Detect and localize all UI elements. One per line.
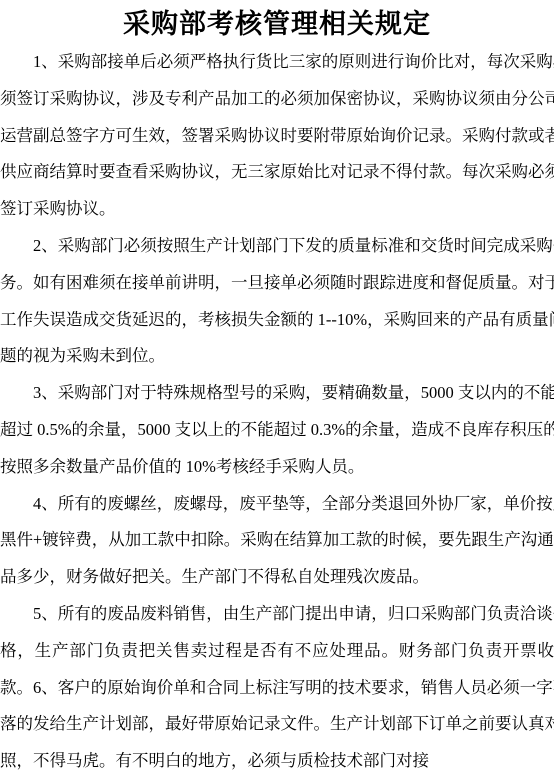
document-page: 采购部考核管理相关规定 1、采购部接单后必须严格执行货比三家的原则进行询价比对，… — [0, 0, 554, 776]
text-line: 6、客户的原始询价单和合同上标注写明的技术要求，销售人员必须一字不 — [0, 670, 554, 707]
document-title: 采购部考核管理相关规定 — [0, 4, 554, 44]
text-line: 供应商结算时要查看采购协议，无三家原始比对记录不得付款。每次采购必须 — [0, 154, 554, 191]
text-line: 5、所有的废品废料销售，由生产部门提出申请，归口采购部门负责洽谈价 — [0, 596, 554, 633]
text-line: 品多少，财务做好把关。生产部门不得私自处理残次废品。 — [0, 559, 554, 596]
text-line: 黑件+镀锌费，从加工款中扣除。采购在结算加工款的时候，要先跟生产沟通废 — [0, 522, 554, 559]
text-line: 3、采购部门对于特殊规格型号的采购，要精确数量，5000 支以内的不能 — [0, 375, 554, 412]
text-line: 工作失误造成交货延迟的，考核损失金额的 1--10%，采购回来的产品有质量问 — [0, 302, 554, 339]
text-line: 题的视为采购未到位。 — [0, 338, 554, 375]
text-line: 须签订采购协议，涉及专利产品加工的必须加保密协议，采购协议须由分公司 — [0, 81, 554, 118]
text-line: 运营副总签字方可生效，签署采购协议时要附带原始询价记录。采购付款或者 — [0, 118, 554, 155]
text-line: 1、采购部接单后必须严格执行货比三家的原则进行询价比对，每次采购必 — [0, 44, 554, 81]
document-body: 1、采购部接单后必须严格执行货比三家的原则进行询价比对，每次采购必须签订采购协议… — [0, 44, 554, 776]
text-line: 2、采购部门必须按照生产计划部门下发的质量标准和交货时间完成采购任 — [0, 228, 554, 265]
text-line: 按照多余数量产品价值的 10%考核经手采购人员。 — [0, 449, 554, 486]
text-line: 格，生产部门负责把关售卖过程是否有不应处理品。财务部门负责开票收款。 — [0, 633, 554, 670]
text-line: 签订采购协议。 — [0, 191, 554, 228]
text-line: 超过 0.5%的余量，5000 支以上的不能超过 0.3%的余量，造成不良库存积… — [0, 412, 554, 449]
text-line: 落的发给生产计划部，最好带原始记录文件。生产计划部下订单之前要认真对 — [0, 706, 554, 743]
text-line: 照，不得马虎。有不明白的地方，必须与质检技术部门对接 — [0, 743, 554, 776]
text-line: 4、所有的废螺丝，废螺母，废平垫等，全部分类退回外协厂家，单价按照 — [0, 486, 554, 523]
text-line: 务。如有困难须在接单前讲明，一旦接单必须随时跟踪进度和督促质量。对于 — [0, 265, 554, 302]
